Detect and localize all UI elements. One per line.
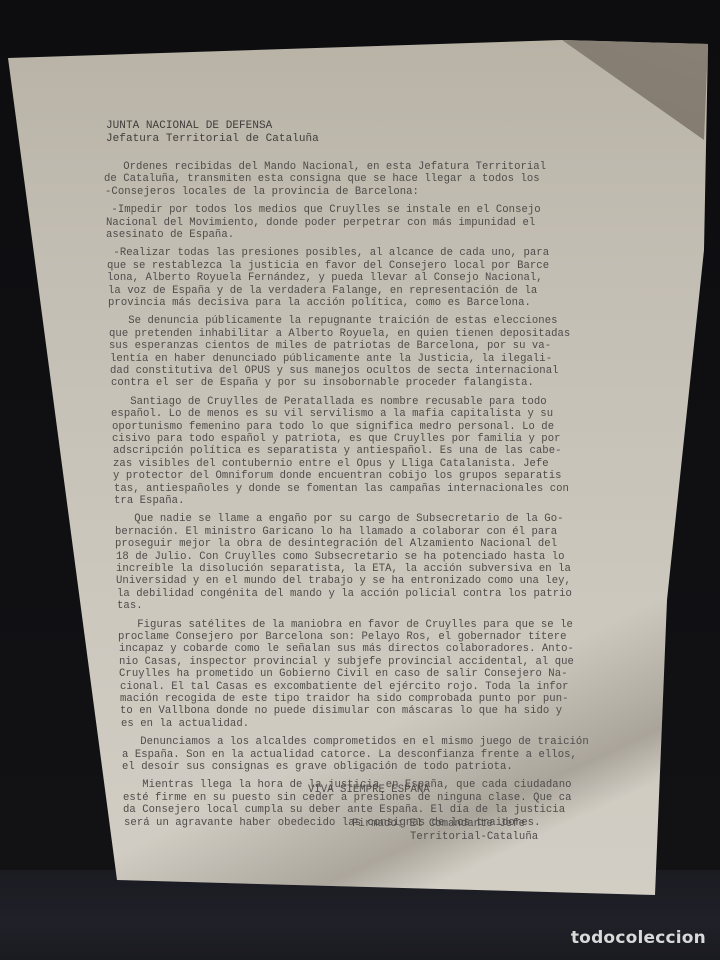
- body-line: tra España.: [114, 495, 184, 507]
- body-line: Figuras satélites de la maniobra en favo…: [118, 619, 573, 631]
- body-line: y protector del Omniforum donde encuentr…: [113, 470, 562, 482]
- body-line: 18 de Julio. Con Cruylles como Subsecret…: [116, 551, 565, 563]
- body-line: mación recogida de este tipo traidor ha …: [120, 693, 569, 705]
- body-line: bernación. El ministro Garicano lo ha ll…: [115, 526, 557, 538]
- body-line: de Cataluña, transmiten esta consigna qu…: [104, 173, 540, 185]
- body-line: incapaz y cobarde como le señalan sus má…: [119, 643, 574, 655]
- body-line: proseguir mejor la obra de desintegració…: [115, 538, 557, 550]
- body-line: oportunismo femenino para todo lo que si…: [112, 421, 554, 433]
- document-text: JUNTA NACIONAL DE DEFENSA Jefatura Terri…: [0, 0, 720, 960]
- body-line: Ordenes recibidas del Mando Nacional, en…: [104, 161, 546, 173]
- body-line: la voz de España y de la verdadera Falan…: [108, 285, 537, 297]
- body-line: adscripción política es separatista y an…: [113, 445, 562, 457]
- body-line: proclame Consejero por Barcelona son: Pe…: [118, 631, 567, 643]
- body-line: dad constitutiva del OPUS y sus manejos …: [110, 365, 559, 377]
- body-line: será un agravante haber obedecido las co…: [124, 817, 540, 829]
- body-line: -Realizar todas las presiones posibles, …: [107, 247, 549, 259]
- body-line: lentía en haber denunciado públicamente …: [110, 353, 552, 365]
- body-line: cisivo para todo español y patriota, es …: [112, 433, 561, 445]
- body-line: Denunciamos a los alcaldes comprometidos…: [121, 736, 589, 748]
- body-line: esté firme en su puesto sin ceder a pres…: [123, 792, 572, 804]
- body-line: tas.: [117, 600, 143, 612]
- body-line: lona, Alberto Royuela Fernández, y pueda…: [107, 272, 543, 284]
- body-line: Que nadie se llame a engaño por su cargo…: [115, 513, 564, 525]
- body-line: asesinato de España.: [106, 229, 234, 241]
- body-line: el desoír sus consignas es grave obligac…: [122, 761, 513, 773]
- body-line: Nacional del Movimiento, donde poder per…: [106, 217, 535, 229]
- body-line: provincia más decisiva para la acción po…: [108, 297, 531, 309]
- body-line: -Consejeros locales de la provincia de B…: [105, 186, 419, 198]
- body-line: Cruylles ha prometido un Gobierno Civil …: [119, 668, 568, 680]
- body-line: -Impedir por todos los medios que Cruyll…: [105, 204, 541, 216]
- body-line: cional. El tal Casas es excombatiente de…: [120, 681, 569, 693]
- signature-line-2: Territorial-Cataluña: [410, 831, 538, 843]
- body-line: es en la actualidad.: [121, 718, 249, 730]
- body-line: Universidad y en el mundo del trabajo y …: [116, 575, 571, 587]
- body-line: sus esperanzas cientos de miles de patri…: [109, 340, 551, 352]
- watermark-logo: todocoleccion: [571, 928, 706, 948]
- body-line: Se denuncia públicamente la repugnante t…: [109, 315, 558, 327]
- body-line: contra el ser de España y por su insobor…: [111, 377, 534, 389]
- body-line: Santiago de Cruylles de Peratallada es n…: [111, 396, 547, 408]
- body-line: español. Lo de menos es su vil servilism…: [111, 408, 553, 420]
- organization-heading: JUNTA NACIONAL DE DEFENSA: [106, 120, 272, 132]
- body-line: increíble la disolución separatista, la …: [116, 563, 571, 575]
- body-line: nio Casas, inspector provincial y subjef…: [119, 656, 574, 668]
- body-line: que se restablezca la justicia en favor …: [107, 260, 549, 272]
- body-line: que pretenden inhabilitar a Alberto Royu…: [109, 328, 570, 340]
- body-line: to en Vallbona donde no puede disimular …: [120, 705, 562, 717]
- body-line: zas visibles del contubernio entre el Op…: [113, 458, 549, 470]
- body-line: a España. Son en la actualidad catorce. …: [122, 749, 577, 761]
- body-line: da Consejero local cumpla su deber ante …: [123, 804, 565, 816]
- department-heading: Jefatura Territorial de Cataluña: [106, 133, 319, 145]
- body-line: Mientras llega la hora de la justicia en…: [123, 779, 572, 791]
- body-line: tas, antiespañoles y donde se fomentan l…: [114, 483, 569, 495]
- body-line: la debilidad congénita del mando y la ac…: [117, 588, 572, 600]
